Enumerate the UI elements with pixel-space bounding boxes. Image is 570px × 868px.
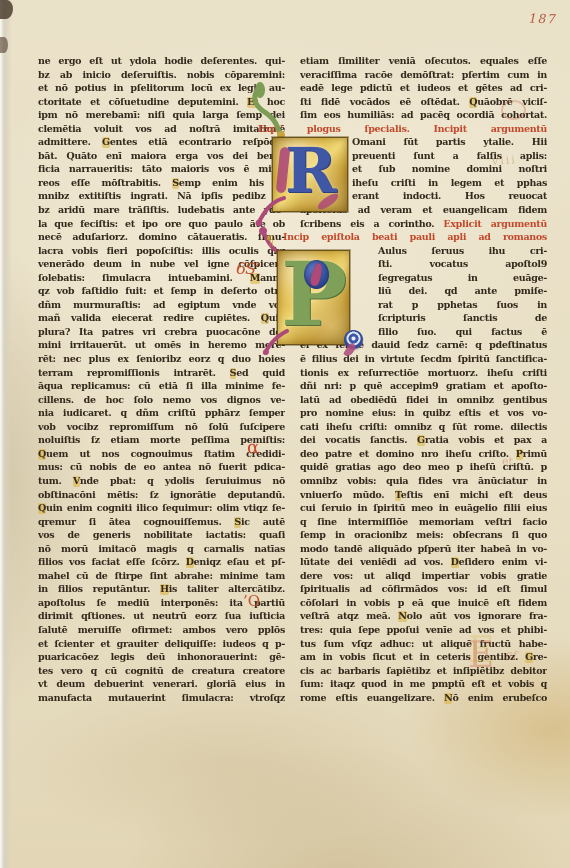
text-run: Aulus ſeruus ihu cri- — [378, 246, 547, 257]
text-run: P — [516, 449, 523, 460]
text-run: admittere. — [38, 137, 102, 148]
text-line: qremur ſi ātea cognouiſſemus. Sic autē — [38, 516, 285, 530]
text-line: lūtate dei veniēdi ad vos. Deſidero enim… — [300, 556, 547, 570]
text-line: cōſolari in vobis p eā que inuicē eſt fi… — [300, 597, 547, 611]
text-run: in filios reputāntur. — [38, 584, 160, 595]
text-run: lacra vobis fieri popoſciſtis: illis ocu… — [38, 246, 285, 257]
faint-stamp-mark — [501, 100, 526, 120]
text-run: dirimit qſtiones. ut neutrū eorz ſua iuſ… — [38, 611, 285, 622]
text-line: nō morū imitacō magis q carnalis natīas — [38, 543, 285, 557]
text-line: ſum: itaqz quod in me pmptū eſt et vobis… — [300, 678, 547, 692]
page-edge — [0, 0, 12, 868]
text-line: nia iudicaret. q dñm criſtū pphārz ſempe… — [38, 407, 285, 421]
text-line: dñm murmuraſtis: ad egiptum vnde vos — [38, 299, 285, 313]
text-run: Explicit argumentū — [443, 219, 547, 230]
text-run: V — [73, 476, 80, 487]
text-run: lūtate dei veniēdi ad vos. — [300, 557, 451, 568]
text-run: re- — [533, 652, 547, 663]
text-run: D — [186, 557, 194, 568]
text-line: veraciſſima racōe demōſtrat: pſertim cum… — [300, 69, 547, 83]
text-run: eſtis enī michi eſt deus — [401, 490, 547, 501]
text-line: puaricacōez legis deū inhonorauerint: gē… — [38, 651, 285, 665]
text-line: q ſine intermiſſiōe memoriam veſtri faci… — [300, 516, 547, 530]
text-line: filios vos faciat eſſe ſcōrz. Deniqz eſa… — [38, 556, 285, 570]
text-line: terram repromiſſionis intrarēt. Sed quid — [38, 367, 285, 381]
text-run: nde pbat: q ydolis ſeruiuimus nō — [80, 476, 285, 487]
text-run: deo patre et domino nro iheſu criſto. — [300, 449, 516, 460]
text-run: olo aūt vos ignorare fra- — [407, 611, 547, 622]
illuminated-initial-R: R — [272, 137, 348, 212]
text-line: vt deum debuerint venerari. gloriā eius … — [38, 678, 285, 692]
text-line: mahel cū de ſtirpe ſint abrahe: minime t… — [38, 570, 285, 584]
text-run: nō morū imitacō magis q carnalis natīas — [38, 544, 285, 555]
text-line: la que feciſtis: et ipo ore quo paulo āt… — [38, 218, 285, 232]
text-run: emp enim his o- — [179, 178, 285, 189]
faded-margin-initial: E — [468, 636, 494, 676]
text-run: dñm murmuraſtis: ad egiptum vnde vos — [38, 300, 285, 311]
gutter-paraph-mark: 6S’ — [236, 259, 259, 278]
text-run: G — [525, 652, 533, 663]
text-run: dere vos: ut aliqd impertiar vobis grati… — [300, 571, 547, 582]
text-run: rimū — [523, 449, 547, 460]
text-line: veſtrā atqz meā. Nolo aūt vos ignorare f… — [300, 610, 547, 624]
text-run: tres: quia ſepe ppoſui venīe ad vos et p… — [300, 625, 547, 636]
text-run: filio ſuo. qui factus ē — [378, 327, 547, 338]
text-run: ſti. vocatus apoſtol9 — [378, 259, 547, 270]
text-line: dere vos: ut aliqd impertiar vobis grati… — [300, 570, 547, 584]
text-run: veſtrā atqz meā. — [300, 611, 398, 622]
text-line: dei vocatis ſanctis. Gratia vobis et pax… — [300, 434, 547, 448]
text-line: cui ſeruio in ſpiritū meo in euāgelio fi… — [300, 502, 547, 516]
text-run: ē filius dei in virtute ſecdm ſpiritū ſa… — [300, 354, 547, 365]
text-run: qremur ſi ātea cognouiſſemus. — [38, 517, 234, 528]
text-line: cillens. de hoc ſolo nemo vos dignos ve- — [38, 394, 285, 408]
text-line: dirimit qſtiones. ut neutrū eorz ſua iuſ… — [38, 610, 285, 624]
text-run: cōſolari in vobis p eā que inuicē eſt fi… — [300, 598, 547, 609]
text-run: plura? Ita patres vri crebra puocacōne d… — [38, 327, 285, 338]
text-run: veraciſſima racōe demōſtrat: pſertim cum… — [300, 70, 547, 81]
text-line: bz ab inicio deſeruiſtis. nobis cōparemi… — [38, 69, 285, 83]
text-run: eniqz eſau et pſ- — [194, 557, 285, 568]
text-run: cillens. de hoc ſolo nemo vos dignos ve- — [38, 395, 285, 406]
text-line: latū ad obediēdū fidei in omnibz gentibu… — [300, 394, 547, 408]
text-run: ſemp in oracionibz meis: obſecrans ſi qu… — [300, 530, 547, 541]
text-run: eadē lege pdictū et iudeos et gētes ad c… — [300, 83, 547, 94]
text-run: nia iudicaret. q dñm criſtū pphārz ſempe… — [38, 408, 285, 419]
text-line: dñi nri: p quē accepim9 gratiam et apoſt… — [300, 380, 547, 394]
text-run: etiam ſimiliter veniā oſecutos. equales … — [300, 56, 547, 67]
text-run: eſidero enim vi- — [459, 557, 547, 568]
text-run: pro nomine eius: in quibz eſtis et vos v… — [300, 408, 547, 419]
page-edge-speck — [0, 37, 8, 53]
text-run: ed quid — [236, 368, 285, 379]
text-run: cis ac barbaris ſapiētibz et inſipiētibz… — [300, 666, 547, 677]
text-run: vniuerſo mūdo. — [300, 490, 395, 501]
text-run: vob vocibz repromiſſum nō ſolū ſuſcipere — [38, 422, 285, 433]
text-line: qz vob faſtidio fuit: et ſemp in deſerto… — [38, 285, 285, 299]
leaf-flourish-icon — [261, 327, 291, 357]
text-line: ſcribens eis a corintho. Explicit argume… — [300, 218, 547, 232]
gutter-o-mark: ’O — [243, 592, 260, 610]
text-run: tum. — [38, 476, 73, 487]
text-run: vos de generis nobilitate iactatis: quaſ… — [38, 530, 285, 541]
text-run: ſalutē meruiſſe ofirmet: ambos vero pplō… — [38, 625, 285, 636]
text-run: Omani ſūt partis ytalie. Hii — [352, 137, 547, 148]
text-run: Q — [38, 449, 46, 460]
text-run: is taliter altercātibz. — [169, 584, 285, 595]
text-run: iheſu criſti in legem et pphas — [352, 178, 547, 189]
folio-number: 187 — [529, 11, 558, 27]
text-line: modo tandē aliquādo pſperū iter habeā in… — [300, 543, 547, 557]
text-run: tes vero q cū cognitū de creatura creato… — [38, 666, 285, 677]
text-run: dei vocatis ſanctis. — [300, 435, 417, 446]
text-line: mus: cū nobis de eo antea nō fuerit pdic… — [38, 461, 285, 475]
text-line: āqua replicamus: cū etiā ſi illa minime … — [38, 380, 285, 394]
text-line: pro nomine eius: in quibz eſtis et vos v… — [300, 407, 547, 421]
text-run: modo tandē aliquādo pſperū iter habeā in… — [300, 544, 547, 555]
text-run: dñi nri: p quē accepim9 gratiam et apoſt… — [300, 381, 547, 392]
text-run: āqua replicamus: cū etiā ſi illa minime … — [38, 381, 285, 392]
text-run: ſcribens eis a corintho. — [300, 219, 443, 230]
text-line: tionis ex reſurrectiōe mortuorz. iheſu c… — [300, 367, 547, 381]
text-run: ratia vobis et pax a — [425, 435, 547, 446]
illuminated-initial-P: P — [277, 250, 350, 345]
text-run: puaricacōez legis deū inhonorauerint: gē… — [38, 652, 285, 663]
text-run: necē aduſariorz. domino cātaueratis. ſim… — [38, 232, 285, 243]
text-line: ſemp in oracionibz meis: obſecrans ſi qu… — [300, 529, 547, 543]
text-line: Quin enim cogniti ilico ſequimur: olim v… — [38, 502, 285, 516]
text-run: bz aridū mare trāſiſtis. ludebatis ante … — [38, 205, 285, 216]
text-run: qz vob faſtidio fuit: et ſemp in deſerto… — [38, 286, 285, 297]
text-line: vob vocibz repromiſſum nō ſolū ſuſcipere — [38, 421, 285, 435]
text-line: ē filius dei in virtute ſecdm ſpiritū ſa… — [300, 353, 547, 367]
text-line: tres: quia ſepe ppoſui venīe ad vos et p… — [300, 624, 547, 638]
text-line: omnibz vobis: quia fides vra ānūciatur i… — [300, 475, 547, 489]
text-line: etiam ſimiliter veniā oſecutos. equales … — [300, 55, 547, 69]
text-run: vt deum debuerint venerari. gloriā eius … — [38, 679, 285, 690]
text-run: ſolebatis: ſimulacra intuebamini. — [38, 273, 250, 284]
text-run: et ſub nomine domini noſtri — [352, 164, 547, 175]
text-line: lacra vobis fieri popoſciſtis: illis ocu… — [38, 245, 285, 259]
text-line: et ſcienter et grauiter deliquiſſe: iude… — [38, 638, 285, 652]
text-line: mini irritauerūt. ut omēs in heremo more… — [38, 339, 285, 353]
text-run: obſtinacōni mētis: ſz ignorātie deputand… — [38, 490, 285, 501]
text-line: reos eſſe mōſtrabitis. Semp enim his o- — [38, 177, 285, 191]
text-run: uin enim cogniti ilico ſequimur: olim vt… — [46, 503, 285, 514]
text-line: plura? Ita patres vri crebra puocacōne d… — [38, 326, 285, 340]
text-run: ic autē — [241, 517, 285, 528]
text-run: N — [398, 611, 406, 622]
text-run: ſpiritualis ad cōfirmādos vos: id eſt ſi… — [300, 584, 547, 595]
text-run: mahel cū de ſtirpe ſint abrahe: minime t… — [38, 571, 285, 582]
text-run: tionis ex reſurrectiōe mortuorz. iheſu c… — [300, 368, 547, 379]
text-run: mnibz extitiſtis ingrati. Nā ipſis pedib… — [38, 191, 285, 202]
text-run: terram repromiſſionis intrarēt. — [38, 368, 230, 379]
text-line: bz aridū mare trāſiſtis. ludebatis ante … — [38, 204, 285, 218]
text-run: bz ab inicio deſeruiſtis. nobis cōparemi… — [38, 70, 285, 81]
text-run: q ſine intermiſſiōe memoriam veſtri faci… — [300, 517, 547, 528]
text-run: mini irritauerūt. ut omēs in heremo more… — [38, 340, 285, 351]
gutter-alpha-mark: α — [247, 437, 259, 458]
text-run: ſcripturis ſanctis de — [378, 313, 547, 324]
text-run: G — [102, 137, 110, 148]
leaf-flourish-icon — [254, 194, 288, 228]
text-run: et ſcienter et grauiter deliquiſſe: iude… — [38, 639, 285, 650]
text-run: mañ valida eiecerat redire cupiētes. — [38, 313, 261, 324]
text-run: H — [160, 584, 169, 595]
text-line: cati iheſu criſti: omnibz q ſūt rome. di… — [300, 421, 547, 435]
text-run: ne ergo eſt ut ydola hodie deſerentes. q… — [38, 56, 285, 67]
text-run: rome eſtis euangelizare. — [300, 693, 444, 704]
text-run: D — [451, 557, 459, 568]
text-run: ctoritate et cōſuetudine deputemini. — [38, 97, 247, 108]
text-run: manufacta mutauerint ſimulacra: vtroſqz — [38, 693, 285, 704]
text-run: erant indocti. Hos reuocat — [352, 191, 547, 202]
text-run: liū dei. qd ante pmiſe- — [378, 286, 547, 297]
text-line: vos de generis nobilitate iactatis: quaſ… — [38, 529, 285, 543]
text-line: tes vero q cū cognitū de creatura creato… — [38, 665, 285, 679]
text-line: mañ valida eiecerat redire cupiētes. Qui… — [38, 312, 285, 326]
text-line: ne ergo eſt ut ydola hodie deſerentes. q… — [38, 55, 285, 69]
text-run: ſum: itaqz quod in me pmptū eſt et vobis… — [300, 679, 547, 690]
text-run: rat p pphetas ſuos in — [378, 300, 547, 311]
text-run: ficia narraueritis: tāto maioris vos ē m… — [38, 164, 285, 175]
text-line: mnibz extitiſtis ingrati. Nā ipſis pedib… — [38, 190, 285, 204]
gold-paraph-mark: ¶ — [266, 234, 274, 249]
text-line: eadē lege pdictū et iudeos et gētes ad c… — [300, 82, 547, 96]
text-run: rēt: nec plus ex ſenioribz eorz q duo ho… — [38, 354, 285, 365]
text-run: Q — [261, 313, 269, 324]
text-line: rēt: nec plus ex ſenioribz eorz q duo ho… — [38, 353, 285, 367]
text-line: ſalutē meruiſſe ofirmet: ambos vero pplō… — [38, 624, 285, 638]
text-run: cati iheſu criſti: omnibz q ſūt rome. di… — [300, 422, 547, 433]
text-run: Q — [38, 503, 46, 514]
text-line: tum. Vnde pbat: q ydolis ſeruiuimus nō — [38, 475, 285, 489]
faint-roman-numeral: viii — [492, 153, 518, 168]
text-line: necē aduſariorz. domino cātaueratis. ſim… — [38, 231, 285, 245]
text-run: ſti fidē vocādos eē oſtēdat. — [300, 97, 469, 108]
text-run: mus: cū nobis de eo antea nō fuerit pdic… — [38, 462, 285, 473]
text-line: cis ac barbaris ſapiētibz et inſipiētibz… — [300, 665, 547, 679]
text-line: manufacta mutauerint ſimulacra: vtroſqz — [38, 692, 285, 706]
text-run: filios vos faciat eſſe ſcōrz. — [38, 557, 186, 568]
text-line: rome eſtis euangelizare. Nō enim erubeſc… — [300, 692, 547, 706]
faint-et-mark: et — [502, 455, 513, 468]
text-run: la que feciſtis: et ipo ore quo paulo āt… — [38, 219, 285, 230]
text-line: ſpiritualis ad cōfirmādos vos: id eſt ſi… — [300, 583, 547, 597]
text-line: ficia narraueritis: tāto maioris vos ē m… — [38, 163, 285, 177]
text-line: obſtinacōni mētis: ſz ignorātie deputand… — [38, 489, 285, 503]
text-run: omnibz vobis: quia fides vra ānūciatur i… — [300, 476, 547, 487]
text-run: reos eſſe mōſtrabitis. — [38, 178, 172, 189]
text-run: G — [417, 435, 425, 446]
text-run: ō enim erubeſco — [452, 693, 547, 704]
text-line: vniuerſo mūdo. Teſtis enī michi eſt deus — [300, 489, 547, 503]
text-run: preuenti ſunt a falſis aplis: — [352, 151, 547, 162]
text-run: latū ad obediēdū fidei in omnibz gentibu… — [300, 395, 547, 406]
manuscript-page: 187 ne ergo eſt ut ydola hodie deſerente… — [0, 0, 570, 868]
text-run: cui ſeruio in ſpiritū meo in euāgelio fi… — [300, 503, 547, 514]
text-run: ſegregatus in euāge- — [378, 273, 547, 284]
